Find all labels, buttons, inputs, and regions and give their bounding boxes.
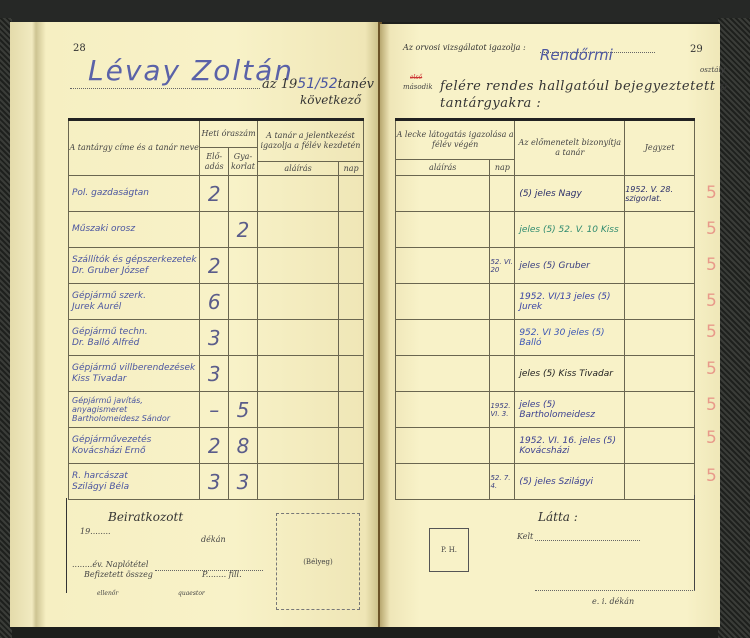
margin-grade: 5 <box>706 428 717 448</box>
day-cell[interactable] <box>339 392 364 428</box>
header-signature: aláírás <box>396 160 490 176</box>
margin-grade: 5 <box>706 219 717 239</box>
table-row: 952. VI 30 jeles (5) Balló <box>396 320 695 356</box>
margin-grade: 5 <box>706 466 717 486</box>
margin-grade: 5 <box>706 322 717 342</box>
table-row: 1952. VI. 16. jeles (5) Kovácsházi <box>396 428 695 464</box>
note-cell <box>625 284 695 320</box>
signature-cell[interactable] <box>396 284 490 320</box>
seal-box: P. H. <box>429 528 469 572</box>
dean-label: dékán <box>201 535 226 544</box>
progress-cell: jeles (5) 52. V. 10 Kiss <box>515 212 625 248</box>
note-cell <box>625 212 695 248</box>
table-row: 1952. VI. 3. jeles (5) Bartholomeidesz <box>396 392 695 428</box>
lecture-hours: 2 <box>200 176 229 212</box>
header-note: Jegyzet <box>625 120 695 176</box>
table-row: Gépjármű techn.Dr. Balló Alfréd 3 <box>69 320 364 356</box>
progress-cell: 952. VI 30 jeles (5) Balló <box>515 320 625 356</box>
signature-cell[interactable] <box>257 392 338 428</box>
stamp-box: (Bélyeg) <box>276 513 360 610</box>
practice-hours: 2 <box>229 212 258 248</box>
table-row: Gépjármű szerk.Jurek Aurél 6 <box>69 284 364 320</box>
right-results-table: A lecke látogatás igazolása a félév végé… <box>395 118 695 500</box>
note-cell <box>625 320 695 356</box>
practice-hours <box>229 248 258 284</box>
progress-cell: jeles (5) Bartholomeidesz <box>515 392 625 428</box>
dean-signature-line[interactable] <box>535 590 695 591</box>
page-number-left: 28 <box>73 43 86 54</box>
progress-cell: jeles (5) Kiss Tivadar <box>515 356 625 392</box>
footer-right-rule <box>694 495 695 590</box>
day-cell[interactable] <box>339 284 364 320</box>
signature-cell[interactable] <box>257 356 338 392</box>
next-word: következő <box>300 93 361 107</box>
practice-hours: 8 <box>229 428 258 464</box>
practice-hours: 5 <box>229 392 258 428</box>
signature-cell[interactable] <box>257 212 338 248</box>
table-row: Gépjármű javítás, anyagismeretBartholome… <box>69 392 364 428</box>
signature-cell[interactable] <box>396 356 490 392</box>
stamp-label: (Bélyeg) <box>303 558 333 566</box>
table-row: 52. VI. 20 jeles (5) Gruber <box>396 248 695 284</box>
lecture-hours: 2 <box>200 428 229 464</box>
signature-cell[interactable] <box>396 248 490 284</box>
header-teacher-confirm: A tanár a jelentkezést igazolja a félév … <box>257 120 363 162</box>
day-cell[interactable] <box>339 248 364 284</box>
day-cell <box>490 284 515 320</box>
table-row: jeles (5) Kiss Tivadar <box>396 356 695 392</box>
subject-cell: Gépjármű szerk.Jurek Aurél <box>69 284 200 320</box>
signature-cell[interactable] <box>257 464 338 500</box>
lecture-hours <box>200 212 229 248</box>
table-row: Gépjármű villberendezésekKiss Tivadar 3 <box>69 356 364 392</box>
note-cell: 1952. V. 28. szigorlat. <box>625 176 695 212</box>
diary-entry: ........év. Naplótétel <box>72 560 148 569</box>
progress-cell: 1952. VI/13 jeles (5) Jurek <box>515 284 625 320</box>
name-dotted-line <box>70 88 260 89</box>
table-row: GépjárművezetésKovácsházi Ernő 2 8 <box>69 428 364 464</box>
header-practice: Gya-korlat <box>229 148 258 176</box>
progress-cell: (5) jeles Nagy <box>515 176 625 212</box>
date-line[interactable] <box>535 540 640 541</box>
day-cell[interactable] <box>339 428 364 464</box>
table-row: (5) jeles Nagy 1952. V. 28. szigorlat. <box>396 176 695 212</box>
progress-cell: 1952. VI. 16. jeles (5) Kovácsházi <box>515 428 625 464</box>
year-prefix: az 19 <box>262 77 297 92</box>
practice-hours <box>229 320 258 356</box>
enrolled-label: Beiratkozott <box>108 510 183 524</box>
semester-struck: első <box>410 74 422 81</box>
date-label: Kelt <box>517 532 533 541</box>
lecture-hours: 3 <box>200 320 229 356</box>
controller-label: ellenőr <box>97 590 118 597</box>
lecture-hours: 6 <box>200 284 229 320</box>
practice-hours: 3 <box>229 464 258 500</box>
lecture-hours: 3 <box>200 356 229 392</box>
progress-cell: jeles (5) Gruber <box>515 248 625 284</box>
medical-handwritten: Rendőrmi <box>540 46 613 64</box>
practice-hours <box>229 284 258 320</box>
day-cell <box>490 356 515 392</box>
header-attendance: A lecke látogatás igazolása a félév végé… <box>396 120 515 160</box>
subject-cell: Szállítók és gépszerkezetekDr. Gruber Jó… <box>69 248 200 284</box>
header-weekly-hours: Heti óraszám <box>200 120 258 148</box>
signature-cell[interactable] <box>396 212 490 248</box>
page-number-right: 29 <box>690 44 703 55</box>
day-cell <box>490 176 515 212</box>
semester-label: második <box>403 83 433 91</box>
subject-cell: R. harcászatSzilágyi Béla <box>69 464 200 500</box>
subject-cell: GépjárművezetésKovácsházi Ernő <box>69 428 200 464</box>
lecture-hours: 2 <box>200 248 229 284</box>
margin-grade: 5 <box>706 291 717 311</box>
book-cover-top <box>0 0 750 22</box>
signature-cell[interactable] <box>257 284 338 320</box>
lecture-hours: 3 <box>200 464 229 500</box>
table-row: 1952. VI/13 jeles (5) Jurek <box>396 284 695 320</box>
subject-cell: Műszaki orosz <box>69 212 200 248</box>
note-cell <box>625 248 695 284</box>
day-cell: 1952. VI. 3. <box>490 392 515 428</box>
enrolled-year: 19........ <box>80 527 111 536</box>
table-row: 52. 7. 4. (5) jeles Szilágyi <box>396 464 695 500</box>
signature-cell[interactable] <box>396 428 490 464</box>
quaestor-label: quaestor <box>178 590 205 597</box>
year-suffix: tanév <box>338 77 374 92</box>
header-subject: A tantárgy címe és a tanár neve <box>69 120 200 176</box>
paid-label: Befizetett összeg <box>84 570 153 579</box>
progress-cell: (5) jeles Szilágyi <box>515 464 625 500</box>
table-row: Pol. gazdaságtan 2 <box>69 176 364 212</box>
seal-label: P. H. <box>441 546 457 554</box>
table-row: R. harcászatSzilágyi Béla 3 3 <box>69 464 364 500</box>
note-cell <box>625 428 695 464</box>
table-row: jeles (5) 52. V. 10 Kiss <box>396 212 695 248</box>
header-signature: aláírás <box>257 162 338 176</box>
margin-grade: 5 <box>706 255 717 275</box>
department-label: osztály <box>700 66 725 74</box>
day-cell <box>490 428 515 464</box>
signature-cell[interactable] <box>396 392 490 428</box>
signature-cell[interactable] <box>396 464 490 500</box>
margin-grade: 5 <box>706 183 717 203</box>
day-cell: 52. VI. 20 <box>490 248 515 284</box>
day-cell <box>490 212 515 248</box>
signature-cell[interactable] <box>257 248 338 284</box>
note-cell <box>625 356 695 392</box>
left-course-table: A tantárgy címe és a tanár neve Heti óra… <box>68 118 364 500</box>
year-line: az 1951/52tanév <box>262 76 374 92</box>
table-row: Műszaki orosz 2 <box>69 212 364 248</box>
signature-cell[interactable] <box>257 320 338 356</box>
dean-label-right: e. i. dékán <box>592 597 634 606</box>
seen-label: Látta : <box>538 510 578 524</box>
table-row: Szállítók és gépszerkezetekDr. Gruber Jó… <box>69 248 364 284</box>
signature-cell[interactable] <box>396 176 490 212</box>
lecture-hours: – <box>200 392 229 428</box>
subject-cell: Gépjármű villberendezésekKiss Tivadar <box>69 356 200 392</box>
practice-hours <box>229 356 258 392</box>
signature-cell[interactable] <box>257 428 338 464</box>
header-lecture: Elő-adás <box>200 148 229 176</box>
day-cell[interactable] <box>339 176 364 212</box>
day-cell[interactable] <box>339 212 364 248</box>
header-progress: Az előmenetelt bizonyítja a tanár <box>515 120 625 176</box>
day-cell[interactable] <box>339 464 364 500</box>
footer-left-rule <box>66 498 67 593</box>
margin-grade: 5 <box>706 359 717 379</box>
note-cell <box>625 464 695 500</box>
margin-grade: 5 <box>706 395 717 415</box>
signature-cell[interactable] <box>257 176 338 212</box>
enrolled-text: felére rendes hallgatóul bejegyeztetett … <box>440 78 730 112</box>
practice-hours <box>229 176 258 212</box>
subject-cell: Gépjármű techn.Dr. Balló Alfréd <box>69 320 200 356</box>
signature-cell[interactable] <box>396 320 490 356</box>
subject-cell: Gépjármű javítás, anyagismeretBartholome… <box>69 392 200 428</box>
day-cell[interactable] <box>339 320 364 356</box>
year-handwritten: 51/52 <box>297 76 337 92</box>
subject-cell: Pol. gazdaságtan <box>69 176 200 212</box>
medical-label: Az orvosi vizsgálatot igazolja : <box>403 43 526 52</box>
note-cell <box>625 392 695 428</box>
header-day: nap <box>339 162 364 176</box>
day-cell <box>490 320 515 356</box>
day-cell[interactable] <box>339 356 364 392</box>
currency-label: P........ fill. <box>202 570 242 579</box>
day-cell: 52. 7. 4. <box>490 464 515 500</box>
header-day: nap <box>490 160 515 176</box>
